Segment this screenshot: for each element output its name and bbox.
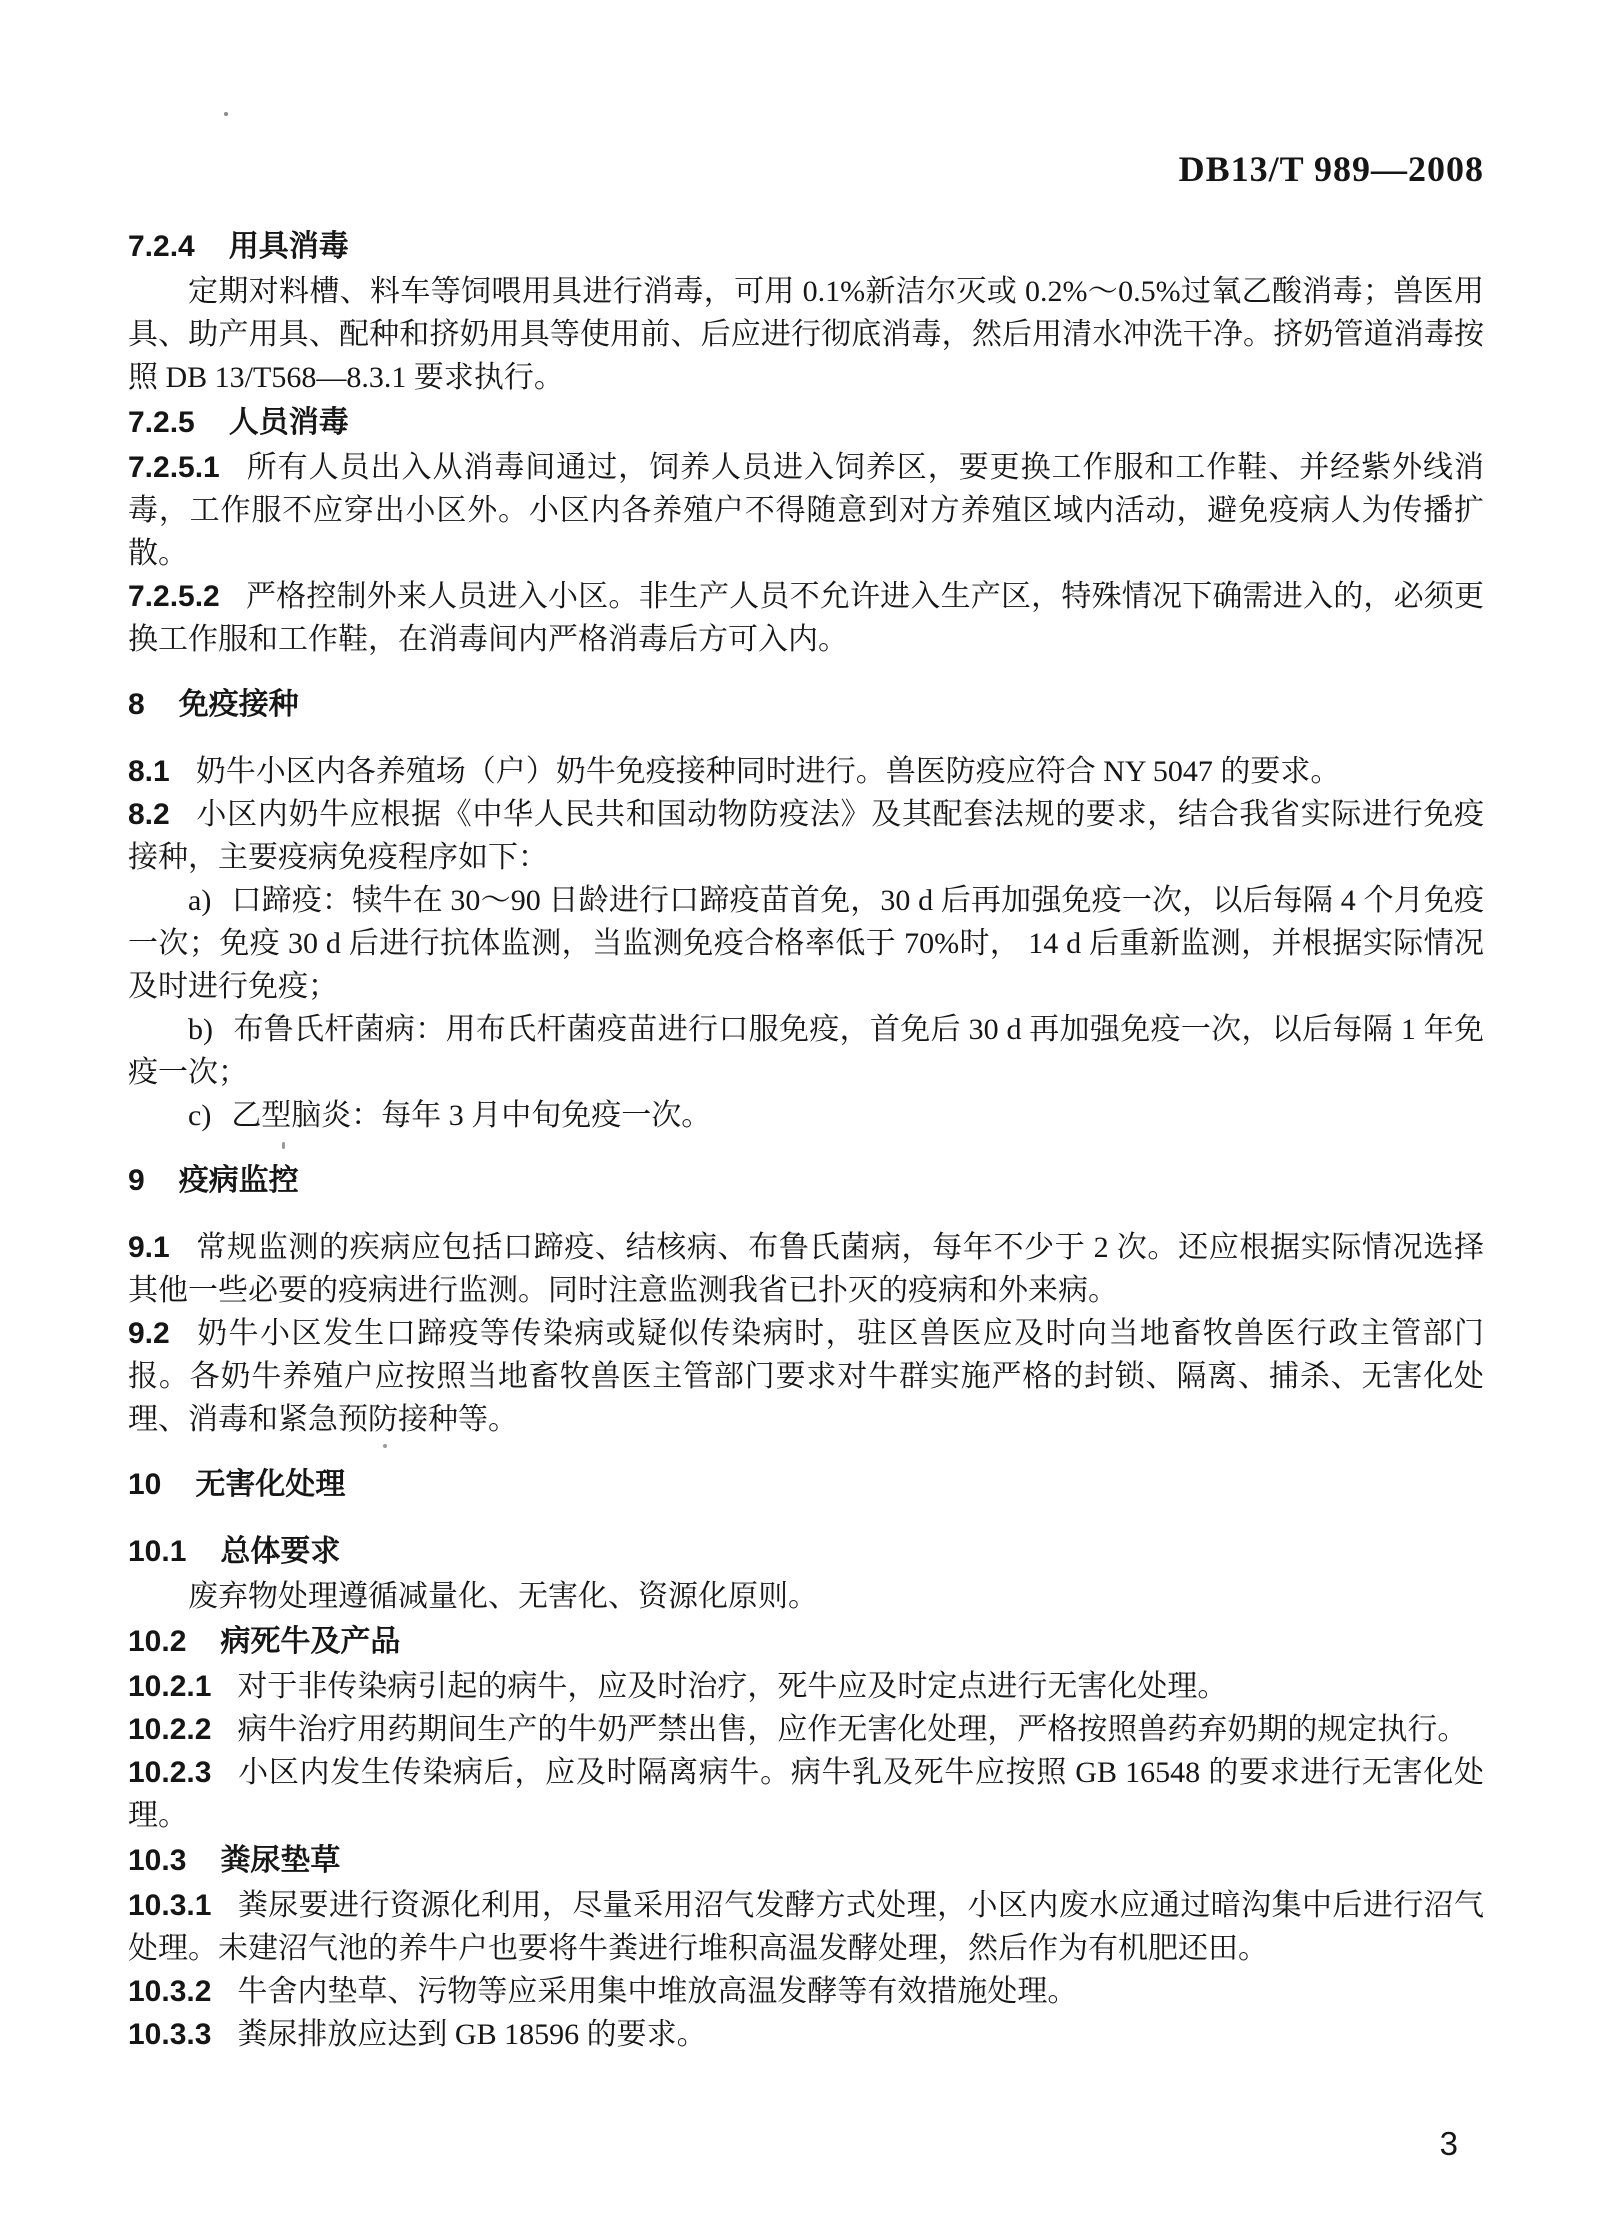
clause-text: 奶牛小区发生口蹄疫等传染病或疑似传染病时，驻区兽医应及时向当地畜牧兽医行政主管部… — [128, 1317, 1484, 1436]
clause-text: 常规监测的疾病应包括口蹄疫、结核病、布鲁氏菌病，每年不少于 2 次。还应根据实际… — [128, 1231, 1484, 1307]
clause-text: 粪尿排放应达到 GB 18596 的要求。 — [237, 2018, 706, 2051]
clause-7-2-5-2: 7.2.5.2严格控制外来人员进入小区。非生产人员不允许进入生产区，特殊情况下确… — [128, 575, 1484, 661]
clause-number: 9.1 — [128, 1231, 170, 1264]
clause-text: 粪尿要进行资源化利用，尽量采用沼气发酵方式处理，小区内废水应通过暗沟集中后进行沼… — [128, 1889, 1484, 1965]
scan-artifact — [383, 1444, 387, 1448]
page-number: 3 — [1440, 2126, 1458, 2162]
clause-heading-7-2-4: 7.2.4用具消毒 — [128, 225, 1484, 268]
clause-text: 奶牛小区内各养殖场（户）奶牛免疫接种同时进行。兽医防疫应符合 NY 5047 的… — [196, 755, 1341, 788]
clause-text: 小区内奶牛应根据《中华人民共和国动物防疫法》及其配套法规的要求，结合我省实际进行… — [128, 798, 1484, 874]
list-text: 布鲁氏杆菌病：用布氏杆菌疫苗进行口服免疫，首免后 30 d 再加强免疫一次，以后… — [128, 1013, 1484, 1089]
clause-text: 所有人员出入从消毒间通过，饲养人员进入饲养区，要更换工作服和工作鞋、并经紫外线消… — [128, 451, 1484, 570]
clause-heading-10-3: 10.3粪尿垫草 — [128, 1839, 1484, 1882]
clause-7-2-5-1: 7.2.5.1所有人员出入从消毒间通过，饲养人员进入饲养区，要更换工作服和工作鞋… — [128, 446, 1484, 575]
clause-text: 严格控制外来人员进入小区。非生产人员不允许进入生产区，特殊情况下确需进入的，必须… — [128, 580, 1484, 656]
section-number: 8 — [128, 683, 145, 726]
clause-10-3-3: 10.3.3粪尿排放应达到 GB 18596 的要求。 — [128, 2013, 1484, 2056]
section-number: 9 — [128, 1159, 145, 1202]
clause-heading-7-2-5: 7.2.5人员消毒 — [128, 401, 1484, 444]
clause-text: 小区内发生传染病后，应及时隔离病牛。病牛乳及死牛应按照 GB 16548 的要求… — [128, 1756, 1484, 1832]
clause-number: 10.2.1 — [128, 1670, 211, 1703]
section-heading-8: 8免疫接种 — [128, 683, 1484, 726]
clause-number: 10.3 — [128, 1839, 186, 1882]
list-item-b: b)布鲁氏杆菌病：用布氏杆菌疫苗进行口服免疫，首免后 30 d 再加强免疫一次，… — [128, 1008, 1484, 1094]
clause-title: 病死牛及产品 — [220, 1625, 400, 1658]
paragraph-general-requirement: 废弃物处理遵循减量化、无害化、资源化原则。 — [128, 1575, 1484, 1618]
paragraph-utensil-disinfection: 定期对料槽、料车等饲喂用具进行消毒，可用 0.1%新洁尔灭或 0.2%～0.5%… — [128, 270, 1484, 399]
section-heading-9: 9疫病监控 — [128, 1159, 1484, 1202]
list-label: b) — [188, 1013, 213, 1046]
clause-number: 10.2 — [128, 1620, 186, 1663]
clause-text: 牛舍内垫草、污物等应采用集中堆放高温发酵等有效措施处理。 — [237, 1975, 1077, 2008]
clause-number: 8.2 — [128, 798, 170, 831]
section-title: 疫病监控 — [179, 1164, 299, 1197]
clause-number: 10.3.2 — [128, 1975, 211, 2008]
section-number: 10 — [128, 1463, 161, 1506]
clause-8-1: 8.1奶牛小区内各养殖场（户）奶牛免疫接种同时进行。兽医防疫应符合 NY 504… — [128, 750, 1484, 793]
clause-number: 9.2 — [128, 1317, 170, 1350]
clause-title: 用具消毒 — [229, 230, 349, 263]
clause-10-3-2: 10.3.2牛舍内垫草、污物等应采用集中堆放高温发酵等有效措施处理。 — [128, 1970, 1484, 2013]
clause-10-2-3: 10.2.3小区内发生传染病后，应及时隔离病牛。病牛乳及死牛应按照 GB 165… — [128, 1751, 1484, 1837]
clause-title: 粪尿垫草 — [220, 1844, 340, 1877]
clause-10-3-1: 10.3.1粪尿要进行资源化利用，尽量采用沼气发酵方式处理，小区内废水应通过暗沟… — [128, 1884, 1484, 1970]
clause-number: 10.2.3 — [128, 1756, 211, 1789]
section-title: 无害化处理 — [195, 1468, 345, 1501]
clause-number: 7.2.5 — [128, 401, 195, 444]
clause-number: 7.2.5.1 — [128, 451, 220, 484]
list-text: 口蹄疫：犊牛在 30～90 日龄进行口蹄疫苗首免，30 d 后再加强免疫一次，以… — [128, 884, 1484, 1003]
list-text: 乙型脑炎：每年 3 月中旬免疫一次。 — [231, 1099, 711, 1132]
clause-9-2: 9.2奶牛小区发生口蹄疫等传染病或疑似传染病时，驻区兽医应及时向当地畜牧兽医行政… — [128, 1312, 1484, 1441]
clause-title: 总体要求 — [220, 1535, 340, 1568]
list-label: c) — [188, 1099, 211, 1132]
list-label: a) — [188, 884, 211, 917]
section-heading-10: 10无害化处理 — [128, 1463, 1484, 1506]
scan-artifact — [282, 1142, 285, 1149]
list-item-a: a)口蹄疫：犊牛在 30～90 日龄进行口蹄疫苗首免，30 d 后再加强免疫一次… — [128, 879, 1484, 1008]
clause-10-2-1: 10.2.1对于非传染病引起的病牛，应及时治疗，死牛应及时定点进行无害化处理。 — [128, 1665, 1484, 1708]
doc-number: DB13/T 989—2008 — [128, 148, 1484, 191]
scanned-document-page: DB13/T 989—2008 7.2.4用具消毒 定期对料槽、料车等饲喂用具进… — [0, 0, 1600, 2219]
clause-number: 10.2.2 — [128, 1713, 211, 1746]
clause-number: 8.1 — [128, 755, 170, 788]
clause-9-1: 9.1常规监测的疾病应包括口蹄疫、结核病、布鲁氏菌病，每年不少于 2 次。还应根… — [128, 1226, 1484, 1312]
clause-8-2: 8.2小区内奶牛应根据《中华人民共和国动物防疫法》及其配套法规的要求，结合我省实… — [128, 793, 1484, 879]
clause-heading-10-1: 10.1总体要求 — [128, 1530, 1484, 1573]
clause-text: 病牛治疗用药期间生产的牛奶严禁出售，应作无害化处理，严格按照兽药弃奶期的规定执行… — [237, 1713, 1467, 1746]
clause-10-2-2: 10.2.2病牛治疗用药期间生产的牛奶严禁出售，应作无害化处理，严格按照兽药弃奶… — [128, 1708, 1484, 1751]
clause-heading-10-2: 10.2病死牛及产品 — [128, 1620, 1484, 1663]
clause-number: 10.1 — [128, 1530, 186, 1573]
clause-number: 10.3.3 — [128, 2018, 211, 2051]
clause-number: 7.2.5.2 — [128, 580, 220, 613]
clause-title: 人员消毒 — [229, 406, 349, 439]
clause-number: 7.2.4 — [128, 225, 195, 268]
clause-number: 10.3.1 — [128, 1889, 211, 1922]
scan-artifact — [224, 112, 228, 116]
list-item-c: c)乙型脑炎：每年 3 月中旬免疫一次。 — [128, 1094, 1484, 1137]
clause-text: 对于非传染病引起的病牛，应及时治疗，死牛应及时定点进行无害化处理。 — [237, 1670, 1227, 1703]
section-title: 免疫接种 — [179, 688, 299, 721]
